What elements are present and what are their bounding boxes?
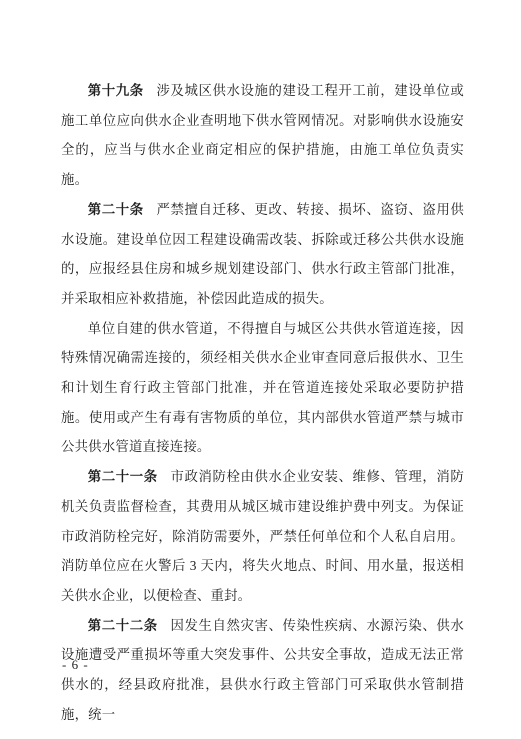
article-paragraph: 第二十一条市政消防栓由供水企业安装、维修、管理，消防机关负责监督检查，其费用从城… bbox=[61, 462, 464, 611]
article-paragraph: 第二十条严禁擅自迁移、更改、转接、损坏、盗窃、盗用供水设施。建设单位因工程建设确… bbox=[61, 195, 464, 314]
article-number: 第二十二条 bbox=[88, 618, 171, 633]
article-paragraph: 单位自建的供水管道，不得擅自与城区公共供水管道连接，因特殊情况确需连接的，须经相… bbox=[61, 314, 464, 463]
article-text: 涉及城区供水设施的建设工程开工前，建设单位或施工单位应向供水企业查明地下供水管网… bbox=[61, 83, 464, 187]
article-number: 第十九条 bbox=[88, 83, 157, 98]
article-number: 第二十条 bbox=[88, 202, 157, 217]
article-text: 市政消防栓由供水企业安装、维修、管理，消防机关负责监督检查，其费用从城区城市建设… bbox=[61, 469, 464, 603]
document-page: 第十九条涉及城区供水设施的建设工程开工前，建设单位或施工单位应向供水企业查明地下… bbox=[0, 0, 521, 739]
article-text: 严禁擅自迁移、更改、转接、损坏、盗窃、盗用供水设施。建设单位因工程建设确需改装、… bbox=[61, 202, 464, 306]
page-number: - 6 - bbox=[62, 655, 89, 675]
article-number: 第二十一条 bbox=[88, 469, 171, 484]
article-paragraph: 第十九条涉及城区供水设施的建设工程开工前，建设单位或施工单位应向供水企业查明地下… bbox=[61, 76, 464, 195]
article-text: 因发生自然灾害、传染性疾病、水源污染、供水设施遭受严重损坏等重大突发事件、公共安… bbox=[61, 618, 464, 722]
article-text: 单位自建的供水管道，不得擅自与城区公共供水管道连接，因特殊情况确需连接的，须经相… bbox=[61, 321, 464, 455]
article-paragraph: 第二十二条因发生自然灾害、传染性疾病、水源污染、供水设施遭受严重损坏等重大突发事… bbox=[61, 611, 464, 730]
document-body: 第十九条涉及城区供水设施的建设工程开工前，建设单位或施工单位应向供水企业查明地下… bbox=[61, 76, 464, 729]
